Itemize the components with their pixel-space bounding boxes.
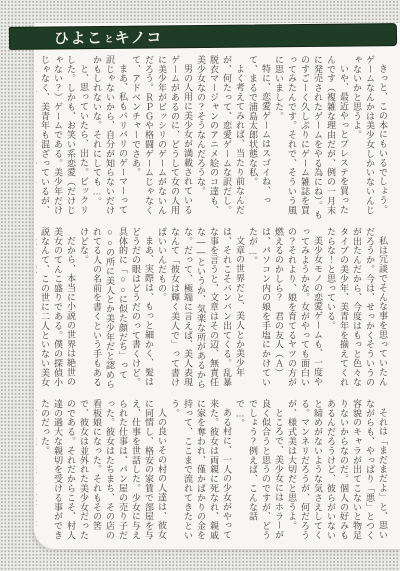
- text-band-bottom: それは「まだまだよ」と、思いながらも、やっぱり「悪」とつく容貌のキャラが出てこな…: [36, 399, 389, 548]
- paragraph: ある村に、一人の少女がやって来た。彼女は両親に死なれ、親戚に家を奪われ、僅かばか…: [168, 399, 233, 548]
- paragraph: 文章の世界だと、美人とか美少年は、それこそバンバン出てくる。乱暴な事を言うと、文…: [155, 227, 246, 394]
- paragraph: よく考えてみれば、当たり前なんだが、何たって、恋愛ゲームな訳だし。脱衣マージャン…: [194, 55, 246, 222]
- page-title-connector: と: [104, 32, 113, 48]
- text-band-top: きっと、この本にもいるでしょう。ゲームなんかは美少女しかいないんじゃないかと思う…: [36, 55, 389, 222]
- paragraph: 特に、恋愛ゲームはスゴイね、って、まるで浦島太郎状態な私。: [246, 55, 272, 222]
- paragraph: 人の良いその村の人達は、彼女に同情し、格安の家賃で部屋を与え、仕事を世話した。少…: [38, 399, 168, 548]
- paragraph: まあ、私もバリバリのゲーマーって訳じゃないから、自分が知らないだけかもしれないな…: [90, 55, 129, 222]
- paragraph: いや、最近やっとプレステを買ったんです（複雑な理由だが、例の一月末に発売されたゲ…: [272, 55, 350, 222]
- paragraph: 村の男達は、誰もが彼女に夢中になった。おおっぴらに騒いだのは、独身の青年達だった…: [36, 399, 38, 548]
- paragraph: ところで、美少女にはホラーが良く似合うと思うのですが、どうでしょう？例えば、こん…: [233, 399, 285, 548]
- page-title: ひよこ: [54, 27, 104, 48]
- paragraph: 美少女モノの恋愛ゲームも、一度やってみようかな。女がやっても面白いの？それより、…: [246, 227, 324, 394]
- paragraph: きっと、この本にもいるでしょう。ゲームなんかは美少女しかいないんじゃないかと思う…: [350, 55, 389, 222]
- paragraph: だから、本当に小説の世界は絶世の美女のてんこ盛りである。僕の探偵小説なんて、この…: [36, 227, 77, 394]
- paragraph: と、思っていたら、出た。ビックリした。しかも、お笑い系恋愛（だけじゃない？）ゲー…: [36, 55, 90, 222]
- page-title-sub: キノコ: [114, 26, 163, 47]
- paragraph: それは「まだまだよ」と、思いながらも、やっぱり「悪」とつく容貌のキャラが出てこな…: [285, 399, 389, 548]
- text-band-middle: 私は冗談でそんな事を思っていたんだろうか。今は、せっかくそういうのが出たんだから…: [36, 227, 389, 394]
- scanned-page-background: ひよこ と キノコ きっと、この本にもいるでしょう。ゲームなんかは美少女しかいな…: [0, 0, 400, 571]
- title-bar: ひよこ と キノコ: [9, 23, 397, 50]
- paragraph: 私は冗談でそんな事を思っていたんだろうか。今は、せっかくそういうのが出たんだから…: [324, 227, 389, 394]
- paragraph: まあ、実際は、もっと細かく、髪はどうだの眼はどうだのって書くけど。具体的に「○○…: [77, 227, 155, 394]
- paragraph: 男の人用に美少女が満載されているゲームがあるのに、どうして女の人用に美少年がビッ…: [129, 55, 194, 222]
